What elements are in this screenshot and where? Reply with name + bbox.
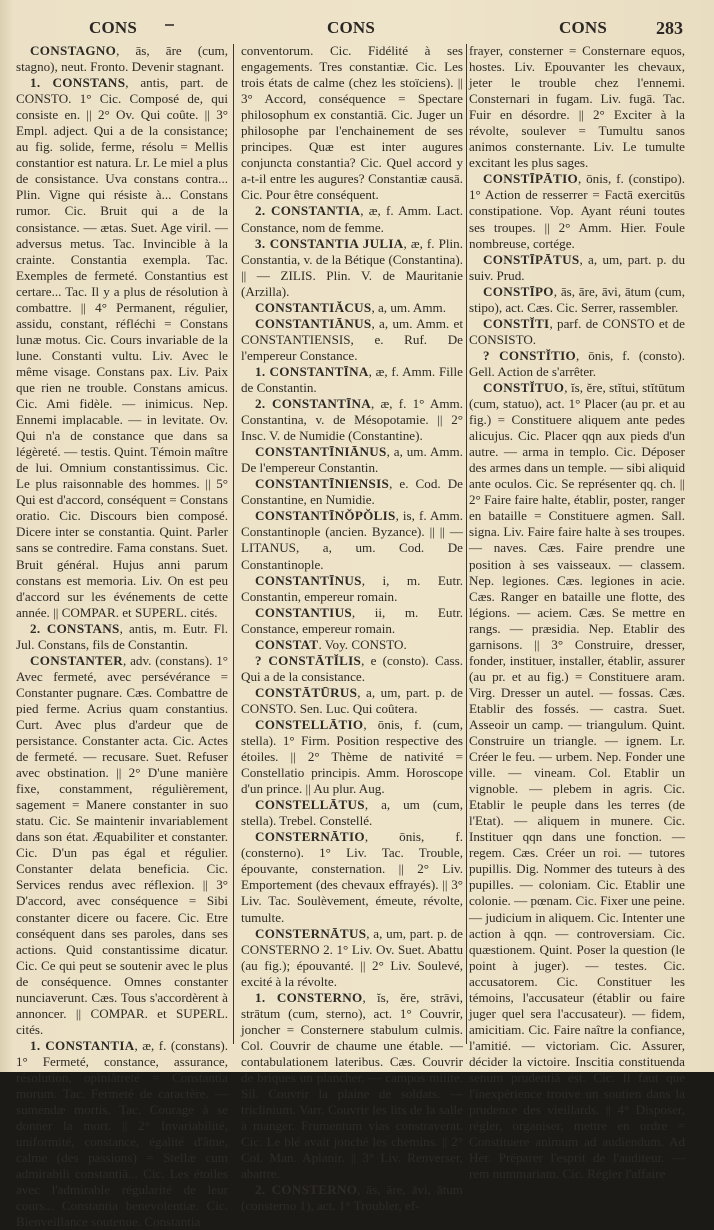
dictionary-entry: CONSTĬTI, parf. de CONSTO et de CONSISTO… xyxy=(469,316,685,348)
dictionary-entry: CONSTANTĪNIENSIS, e. Cod. De Constantine… xyxy=(241,476,463,508)
entry-headword: CONSTELLĀTUS xyxy=(255,797,365,812)
column-left: CONSTAGNO, ās, āre (cum, stagno), neut. … xyxy=(16,43,228,1087)
dictionary-entry: CONSTANTER, adv. (constans). 1° Avec fer… xyxy=(16,653,228,1038)
entry-headword: CONSTANTĪNUS xyxy=(255,573,362,588)
dictionary-entry: CONSTĪPĀTIO, ōnis, f. (constipo). 1° Act… xyxy=(469,171,685,251)
dictionary-entry: CONSTĪPO, ās, āre, āvi, ātum (cum, stipo… xyxy=(469,284,685,316)
dictionary-entry: 3. CONSTANTIA JULIA, æ, f. Plin. Constan… xyxy=(241,236,463,300)
dictionary-entry: CONSTANTIĂCUS, a, um. Amm. xyxy=(241,300,463,316)
running-head-center: CONS xyxy=(327,18,375,38)
page-number: 283 xyxy=(656,18,683,39)
entry-headword: CONSTĀTŪRUS xyxy=(255,685,357,700)
dictionary-entry: 1. CONSTANS, antis, part. de CONSTO. 1° … xyxy=(16,75,228,621)
entry-headword: 1. CONSTANTIA xyxy=(30,1038,135,1053)
entry-headword: 2. CONSTANS xyxy=(30,621,120,636)
entry-headword: CONSTANTER xyxy=(30,653,123,668)
dictionary-entry: CONSTANTĪNIĀNUS, a, um. Amm. De l'empere… xyxy=(241,444,463,476)
entry-body: , a, um. Amm. xyxy=(371,300,446,315)
entry-body: . Voy. CONSTO. xyxy=(318,637,406,652)
dictionary-entry: 1. CONSTANTIA, æ, f. (constans). 1° Ferm… xyxy=(16,1038,228,1087)
entry-headword: CONSTĪPO xyxy=(483,284,554,299)
dictionary-entry: CONSTANTIĀNUS, a, um. Amm. et CONSTANTIE… xyxy=(241,316,463,364)
dictionary-entry: CONSTĪPĀTUS, a, um, part. p. du suiv. Pr… xyxy=(469,252,685,284)
entry-headword: CONSTELLĀTIO xyxy=(255,717,363,732)
entry-headword: CONSTAGNO xyxy=(30,43,116,58)
entry-headword: CONSTANTĪNŎPŎLIS xyxy=(255,508,396,523)
dictionary-entry: 2. CONSTANTIA, æ, f. Amm. Lact. Constanc… xyxy=(241,203,463,235)
entry-headword: CONSTANTIĂCUS xyxy=(255,300,371,315)
dictionary-entry: CONSTANTĪNŎPŎLIS, is, f. Amm. Constantin… xyxy=(241,508,463,572)
entry-headword: CONSTAT xyxy=(255,637,318,652)
dictionary-page: CONS CONS CONS 283 CONSTAGNO, ās, āre (c… xyxy=(0,0,714,1072)
dictionary-entry: CONSTELLĀTUS, a, um (cum, stella). Trebe… xyxy=(241,797,463,829)
dictionary-entry: 2. CONSTANTĪNA, æ, f. 1° Amm. Constantin… xyxy=(241,396,463,444)
entry-headword: CONSTANTIĀNUS xyxy=(255,316,371,331)
column-center: conventorum. Cic. Fidélité à ses engagem… xyxy=(241,43,463,1087)
entry-body: , antis, part. de CONSTO. 1° Cic. Compos… xyxy=(16,75,228,620)
dictionary-entry: CONSTANTĪNUS, i, m. Eutr. Constantin, em… xyxy=(241,573,463,605)
dictionary-entry: CONSTAT. Voy. CONSTO. xyxy=(241,637,463,653)
running-head-right: CONS xyxy=(559,18,607,38)
dictionary-entry: 1. CONSTERNO, ĭs, ĕre, strāvi, strātum (… xyxy=(241,990,463,1087)
dictionary-entry: ? CONSTĀTĬLIS, e (consto). Cass. Qui a d… xyxy=(241,653,463,685)
header-mark xyxy=(165,24,174,26)
running-head-left: CONS xyxy=(89,18,137,38)
column-divider-1 xyxy=(233,44,234,1044)
entry-headword: CONSTĪPĀTIO xyxy=(483,171,578,186)
dictionary-entry: CONSTERNĀTIO, ōnis, f. (consterno). 1° L… xyxy=(241,829,463,925)
entry-headword: 1. CONSTANTĪNA xyxy=(255,364,369,379)
entry-body: conventorum. Cic. Fidélité à ses engagem… xyxy=(241,43,463,202)
entry-headword: CONSTANTĪNIĀNUS xyxy=(255,444,387,459)
dictionary-entry: ? CONSTĬTIO, ōnis, f. (consto). Gell. Ac… xyxy=(469,348,685,380)
entry-headword: CONSTĬTUO xyxy=(483,380,564,395)
entry-headword: 1. CONSTERNO xyxy=(255,990,363,1005)
entry-headword: CONSTERNĀTIO xyxy=(255,829,365,844)
dictionary-entry: CONSTĬTUO, ĭs, ĕre, stĭtui, stĭtūtum (cu… xyxy=(469,380,685,1087)
entry-headword: ? CONSTĀTĬLIS xyxy=(255,653,361,668)
entry-headword: 1. CONSTANS xyxy=(30,75,125,90)
dictionary-entry: conventorum. Cic. Fidélité à ses engagem… xyxy=(241,43,463,203)
entry-headword: CONSTERNĀTUS xyxy=(255,926,366,941)
dictionary-entry: CONSTERNĀTUS, a, um, part. p. de CONSTER… xyxy=(241,926,463,990)
entry-body: frayer, consterner = Consternare equos, … xyxy=(469,43,685,170)
entry-headword: 3. CONSTANTIA JULIA xyxy=(255,236,404,251)
entry-headword: CONSTANTĪNIENSIS xyxy=(255,476,389,491)
dictionary-entry: CONSTANTIUS, ii, m. Eutr. Constance, emp… xyxy=(241,605,463,637)
entry-headword: CONSTĪPĀTUS xyxy=(483,252,579,267)
dictionary-entry: CONSTAGNO, ās, āre (cum, stagno), neut. … xyxy=(16,43,228,75)
dictionary-entry: CONSTĀTŪRUS, a, um, part. p. de CONSTO. … xyxy=(241,685,463,717)
entry-headword: CONSTĬTI xyxy=(483,316,549,331)
entry-headword: 2. CONSTANTĪNA xyxy=(255,396,371,411)
entry-body: , ĭs, ĕre, stĭtui, stĭtūtum (cum, statuo… xyxy=(469,380,685,1087)
entry-body: , adv. (constans). 1° Avec fermeté, avec… xyxy=(16,653,228,1037)
dictionary-entry: frayer, consterner = Consternare equos, … xyxy=(469,43,685,171)
dictionary-entry: 2. CONSTANS, antis, m. Eutr. Fl. Jul. Co… xyxy=(16,621,228,653)
entry-headword: CONSTANTIUS xyxy=(255,605,352,620)
entry-headword: 2. CONSTANTIA xyxy=(255,203,360,218)
entry-headword: ? CONSTĬTIO xyxy=(483,348,576,363)
running-header: CONS CONS CONS 283 xyxy=(0,14,714,40)
column-divider-2 xyxy=(466,44,467,1044)
dictionary-entry: CONSTELLĀTIO, ōnis, f. (cum, stella). 1°… xyxy=(241,717,463,797)
dictionary-entry: 1. CONSTANTĪNA, æ, f. Amm. Fille de Cons… xyxy=(241,364,463,396)
column-right: frayer, consterner = Consternare equos, … xyxy=(469,43,685,1087)
